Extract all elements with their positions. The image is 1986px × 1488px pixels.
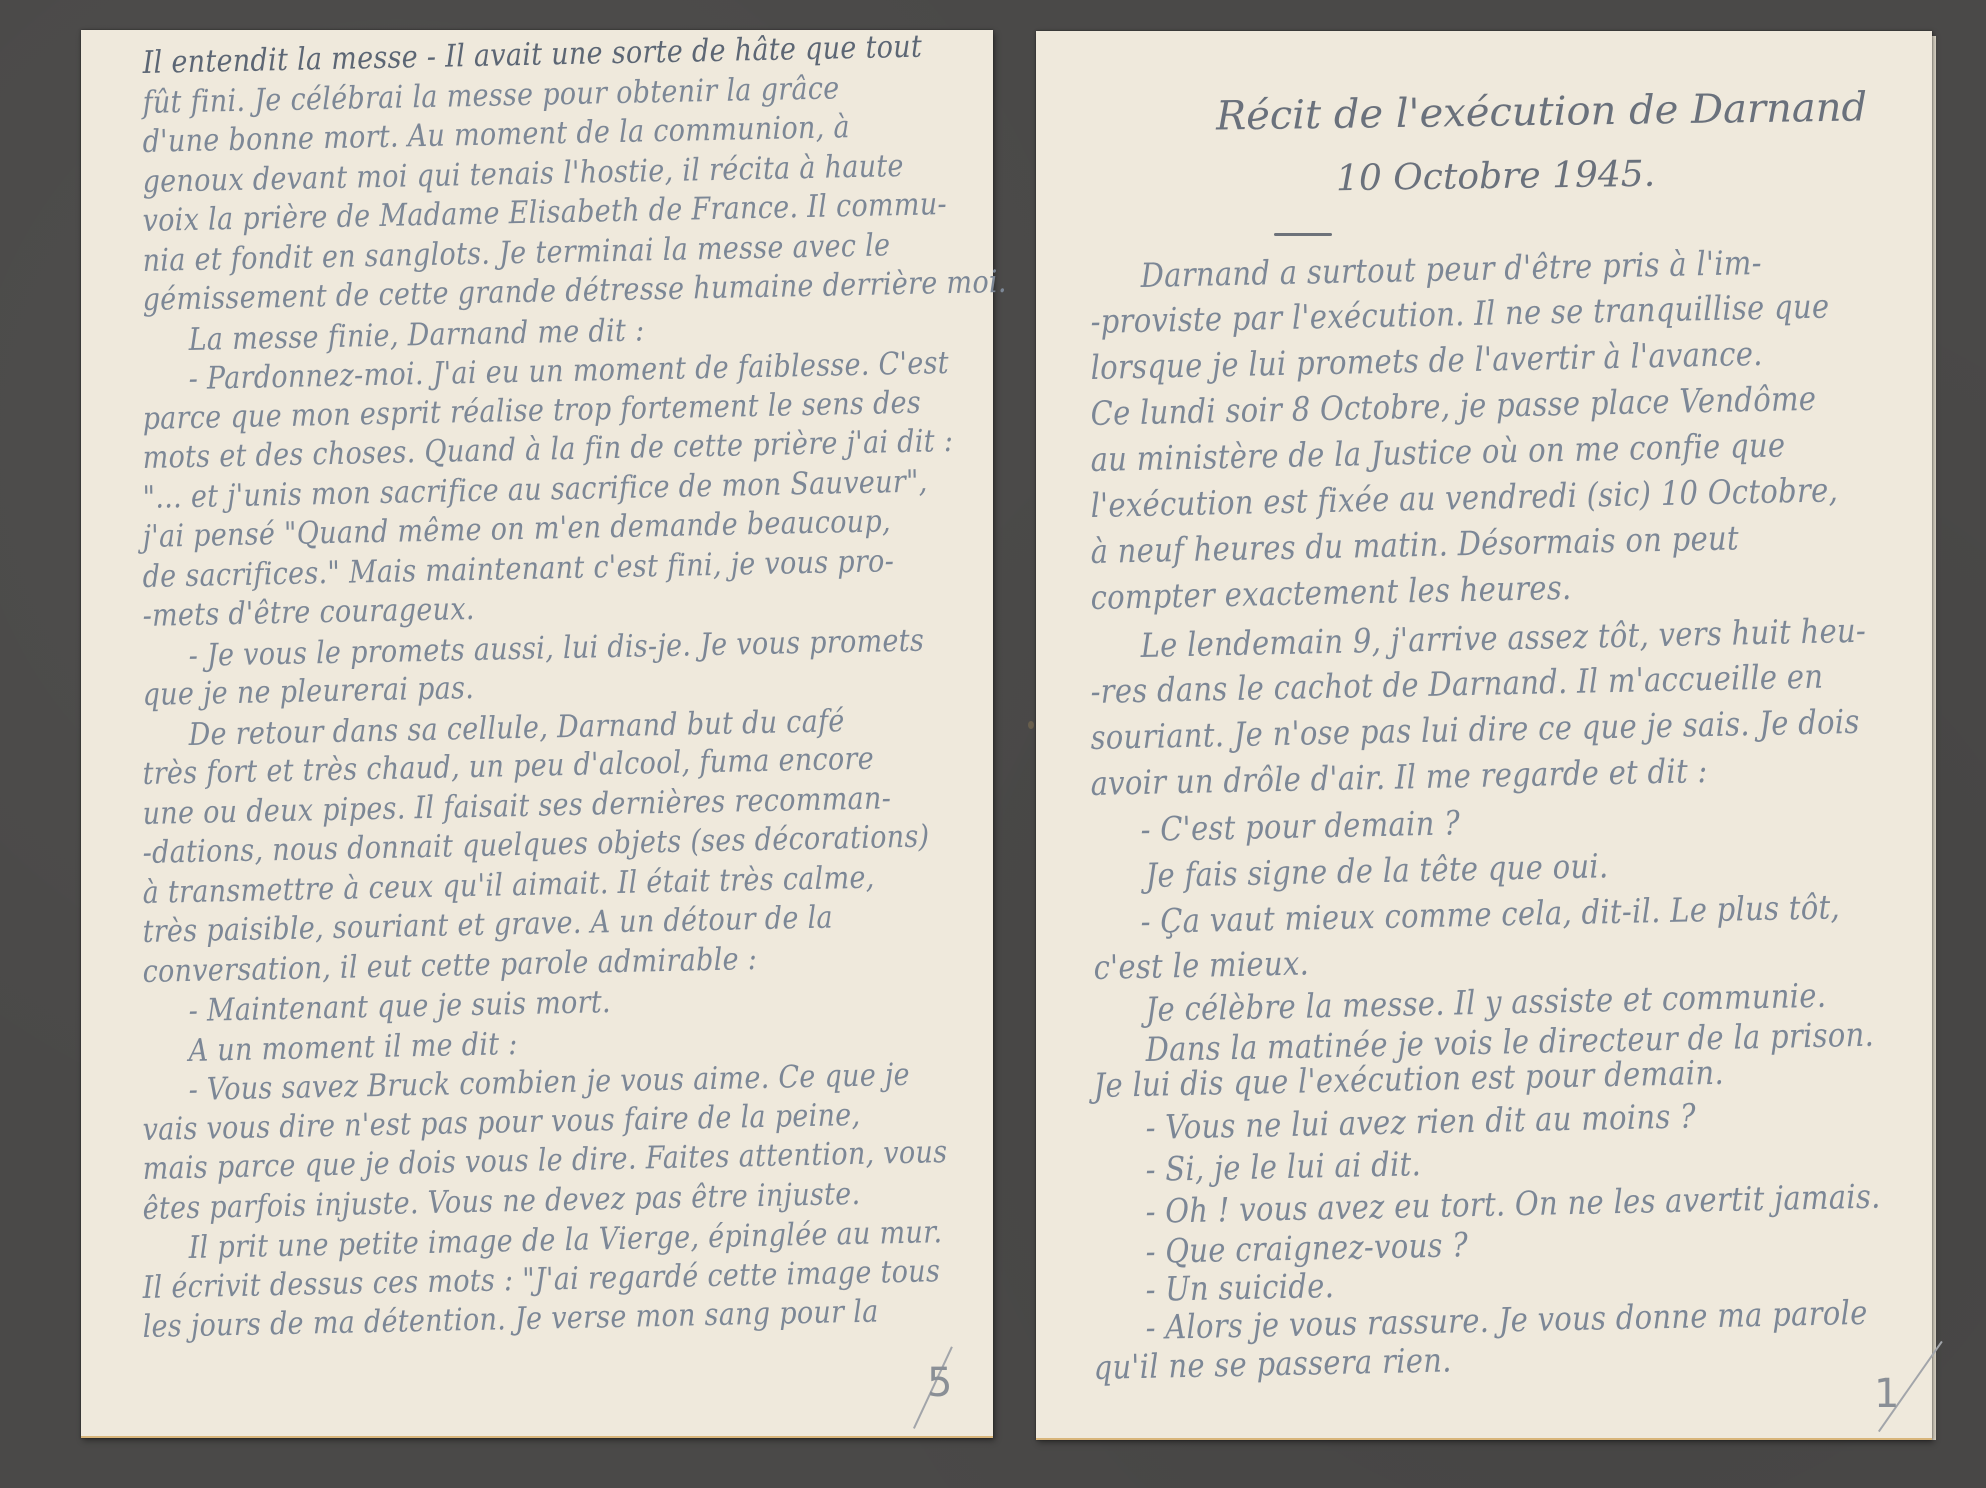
text-line: à neuf heures du matin. Désormais on peu… [1090, 518, 1739, 571]
text-line: - Un suicide. [1145, 1266, 1334, 1309]
paper-spot [1028, 721, 1034, 729]
text-line: - Vous ne lui avez rien dit au moins ? [1145, 1096, 1696, 1147]
text-line: Darnand a surtout peur d'être pris à l'i… [1140, 243, 1762, 295]
text-line: -proviste par l'exécution. Il ne se tran… [1090, 286, 1830, 341]
page-number: 1 [1874, 1371, 1899, 1417]
text-line: Le lendemain 9, j'arrive assez tôt, vers… [1140, 611, 1866, 665]
text-line: -mets d'être courageux. [142, 591, 475, 634]
title-underline-rule [1274, 233, 1332, 236]
text-line: Ce lundi soir 8 Octobre, je passe place … [1090, 379, 1816, 433]
manuscript-page-right: Récit de l'exécution de Darnand 10 Octob… [1036, 31, 1932, 1440]
text-line: l'exécution est fixée au vendredi (sic) … [1090, 470, 1838, 525]
document-title: Récit de l'exécution de Darnand [1216, 84, 1868, 139]
text-line: Je fais signe de la tête que oui. [1145, 846, 1609, 895]
text-line: - Si, je le lui ai dit. [1145, 1144, 1421, 1189]
text-line: c'est le mieux. [1093, 943, 1309, 987]
text-line: compter exactement les heures. [1090, 568, 1572, 617]
text-line: au ministère de la Justice où on me conf… [1090, 425, 1786, 479]
text-line: -res dans le cachot de Darnand. Il m'acc… [1090, 657, 1823, 711]
text-line: souriant. Je n'ose pas lui dire ce que j… [1090, 702, 1860, 757]
text-line: - C'est pour demain ? [1140, 803, 1460, 849]
page-number: 5 [927, 1360, 952, 1406]
text-line: lorsque je lui promets de l'avertir à l'… [1090, 334, 1763, 387]
text-line: A un moment il me dit : [188, 1026, 518, 1069]
text-line: La messe finie, Darnand me dit : [188, 312, 645, 357]
text-line: conversation, il eut cette parole admira… [142, 941, 757, 990]
text-line: - Que craignez-vous ? [1145, 1225, 1468, 1271]
text-line: - Ça vaut mieux comme cela, dit-il. Le p… [1140, 887, 1840, 941]
document-date: 10 Octobre 1945. [1336, 154, 1656, 199]
text-line: qu'il ne se passera rien. [1093, 1340, 1452, 1387]
manuscript-page-left: Il entendit la messe - Il avait une sort… [81, 30, 993, 1438]
text-line: avoir un drôle d'air. Il me regarde et d… [1090, 751, 1708, 803]
text-line: - Maintenant que je suis mort. [188, 985, 611, 1029]
text-line: que je ne pleurerai pas. [142, 670, 474, 713]
